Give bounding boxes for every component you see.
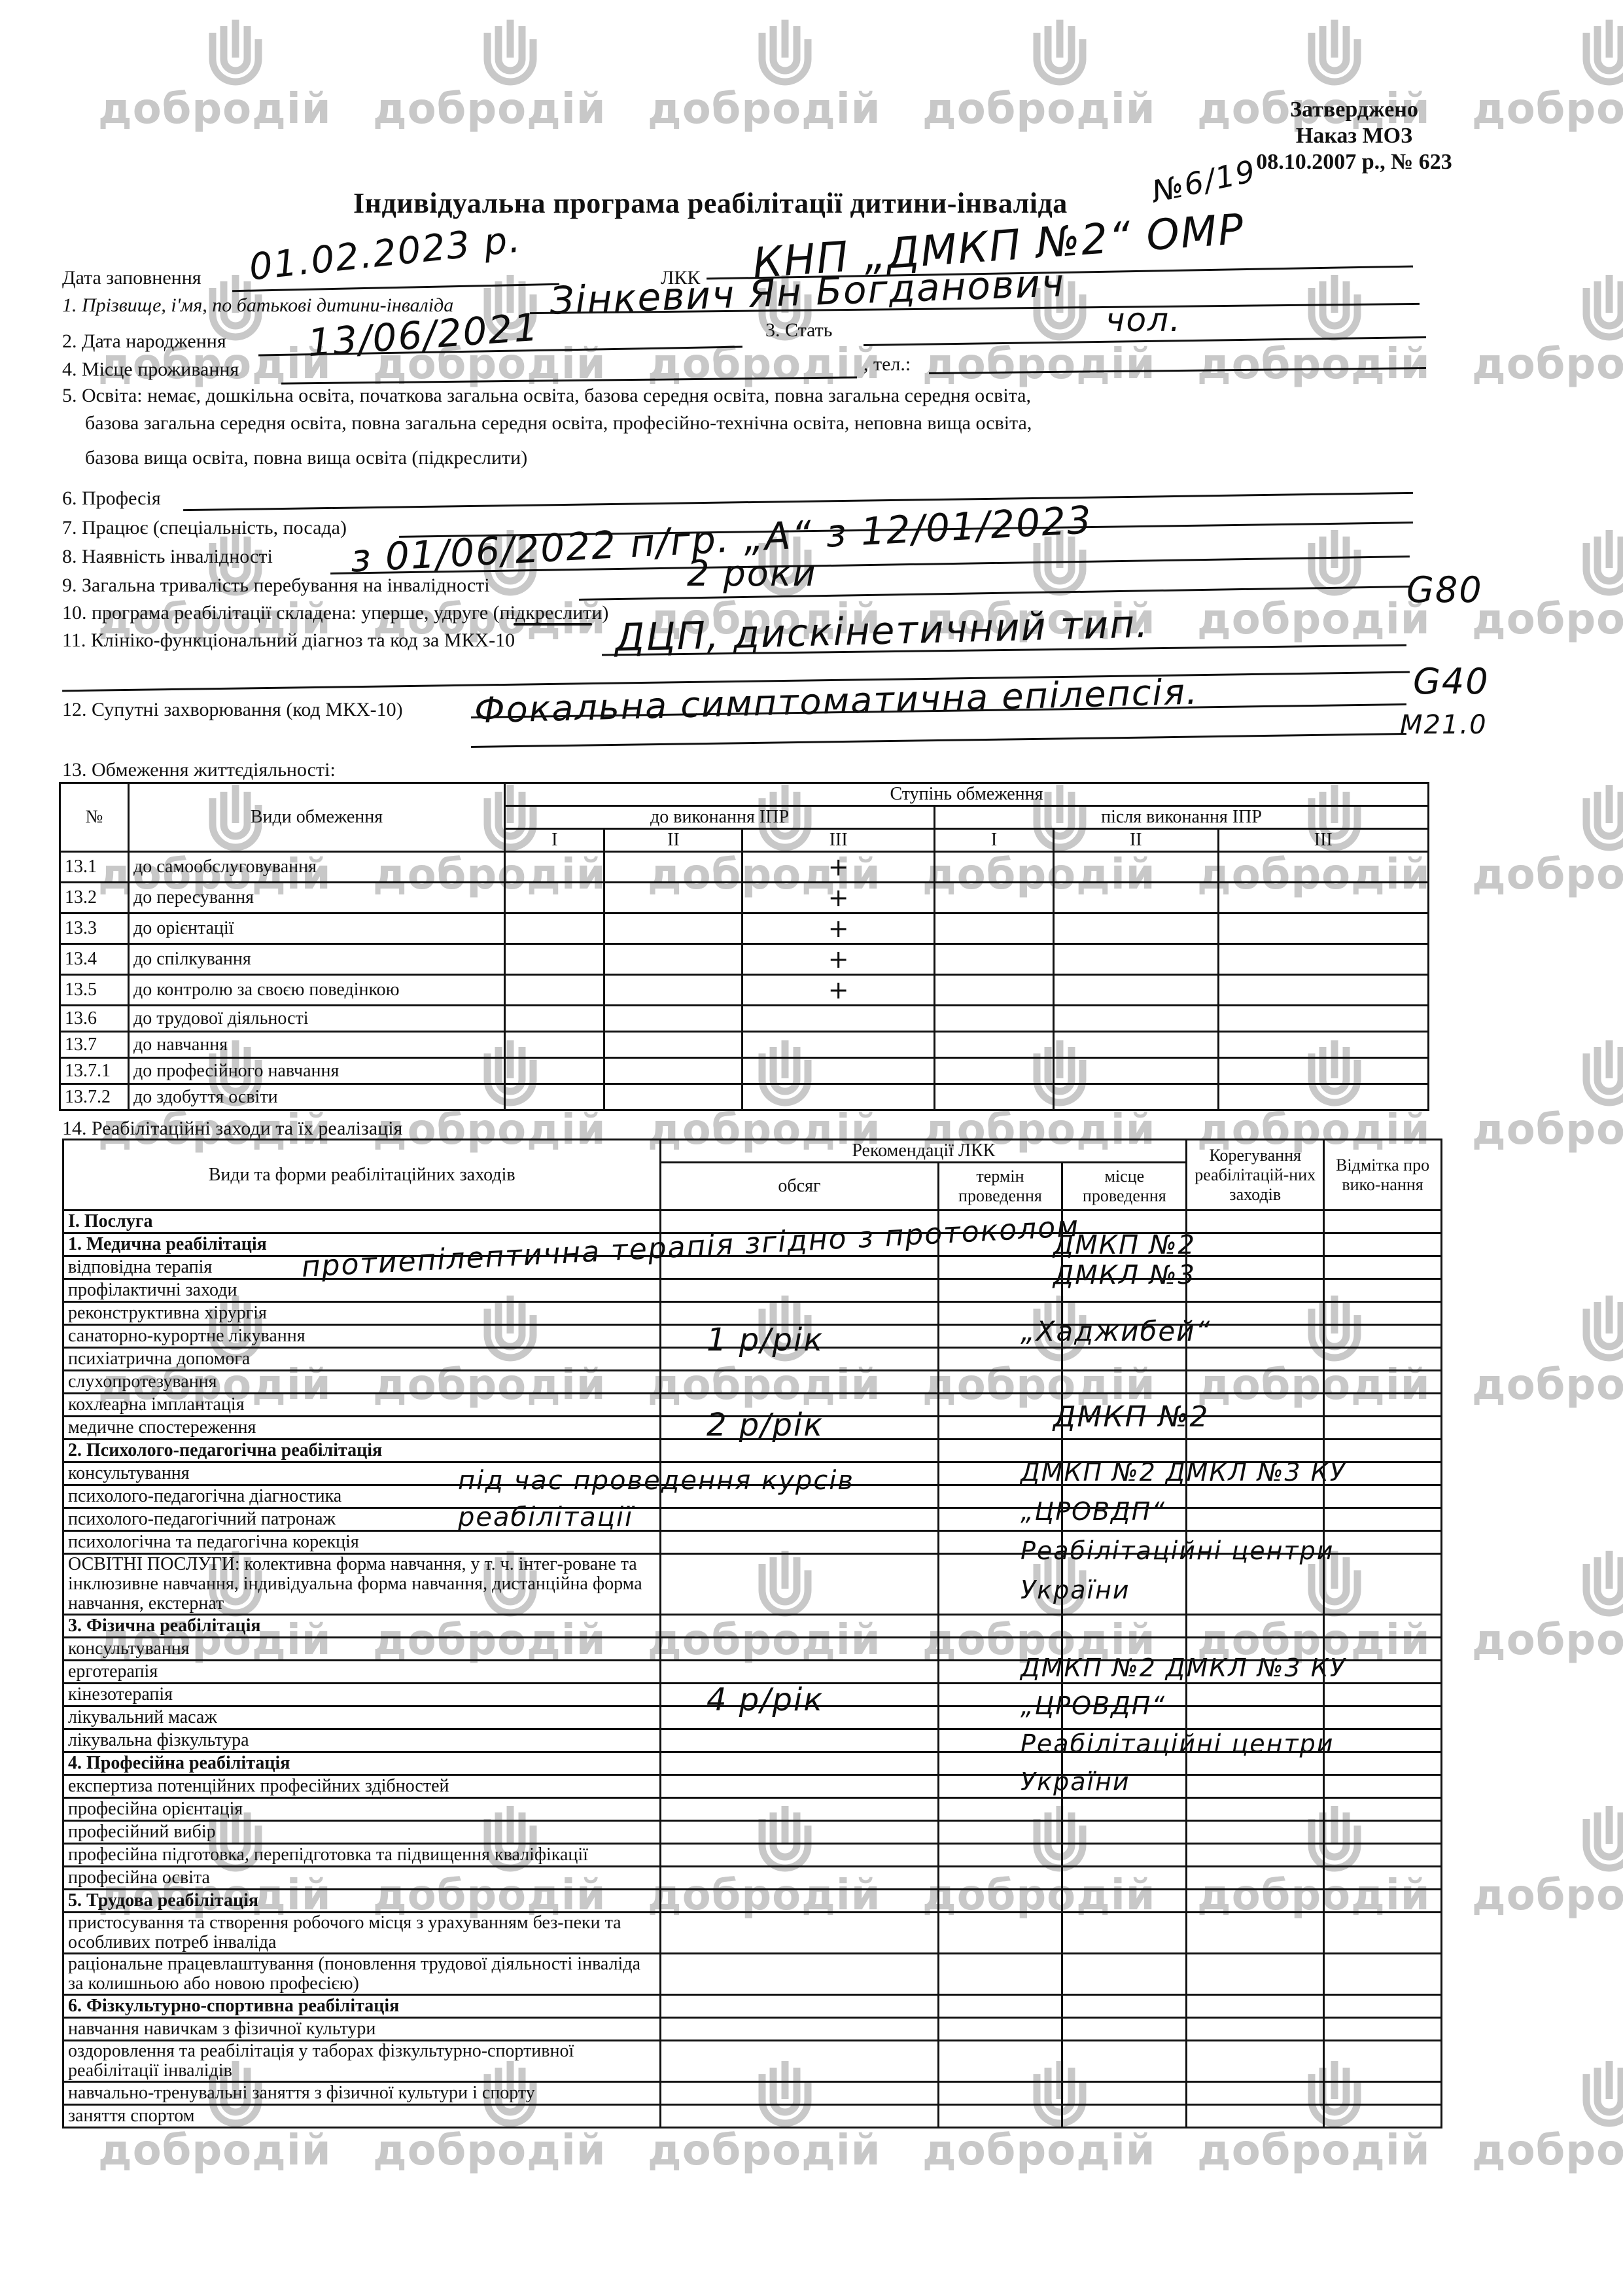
measure-cell[interactable] [1324, 1256, 1442, 1279]
measure-cell[interactable] [661, 1279, 938, 1302]
fill-date-value[interactable]: 01.02.2023 р. [247, 218, 523, 289]
col-correction: Корегування реабілітацій-них заходів [1187, 1140, 1324, 1210]
cell-before-2[interactable] [604, 1084, 742, 1110]
limitation-label: до здобуття освіти [129, 1084, 505, 1110]
measure-cell[interactable] [938, 1348, 1062, 1371]
measure-cell[interactable] [938, 2041, 1062, 2082]
sport-item-row-label: оздоровлення та реабілітація у таборах ф… [63, 2041, 661, 2082]
cell-before-1[interactable] [505, 975, 604, 1006]
measure-cell[interactable] [661, 1729, 938, 1752]
labor-item-row: раціональне працевлаштування (поновлення… [63, 1954, 1442, 1995]
measure-cell[interactable] [1187, 1954, 1324, 1995]
limitation-no: 13.1 [60, 852, 129, 883]
section14-title: 14. Реабілітаційні заходи та їх реалізац… [62, 1118, 402, 1140]
measure-cell[interactable] [661, 1371, 938, 1394]
labor-item-row-label: раціональне працевлаштування (поновлення… [63, 1954, 661, 1995]
service-row-label: I. Послуга [63, 1210, 661, 1233]
approval-line-2: Наказ МОЗ [1230, 123, 1478, 149]
limitation-row: 13.7.2до здобуття освіти [60, 1084, 1429, 1110]
measure-cell[interactable] [1187, 1233, 1324, 1256]
measure-cell[interactable] [1187, 2105, 1324, 2128]
labor-header-row: 5. Трудова реабілітація [63, 1890, 1442, 1913]
sex-label: 3. Стать [765, 319, 832, 342]
measure-cell[interactable] [1062, 1821, 1187, 1844]
cell-before-3[interactable]: + [742, 944, 935, 975]
measure-cell[interactable] [938, 1844, 1062, 1867]
cell-after-3[interactable] [1218, 913, 1428, 944]
cell-before-3[interactable]: + [742, 883, 935, 913]
col-measure-types: Види та форми реабілітаційних заходів [63, 1140, 661, 1210]
disability-label: 8. Наявність інвалідності [62, 546, 273, 568]
measure-cell[interactable] [661, 1890, 938, 1913]
professional-item-row-label: професійний вибір [63, 1821, 661, 1844]
cell-before-1[interactable] [505, 1032, 604, 1058]
cell-after-2[interactable] [1053, 852, 1218, 883]
limitation-label: до самообслуговування [129, 852, 505, 883]
cell-after-1[interactable] [935, 1084, 1054, 1110]
phone-line [929, 367, 1426, 374]
professional-item-row-label: професійна підготовка, перепідготовка та… [63, 1844, 661, 1867]
cell-before-1[interactable] [505, 1006, 604, 1032]
measure-cell[interactable] [1324, 1348, 1442, 1371]
cell-before-3[interactable]: + [742, 852, 935, 883]
document-title: Індивідуальна програма реабілітації дити… [353, 186, 1068, 220]
measure-cell[interactable] [661, 1954, 938, 1995]
cell-before-2[interactable] [604, 944, 742, 975]
measure-cell[interactable] [1324, 1371, 1442, 1394]
measure-cell[interactable] [938, 1371, 1062, 1394]
measure-cell[interactable] [661, 1661, 938, 1684]
measure-cell[interactable] [1062, 1954, 1187, 1995]
program-label: 10. програма реабілітації складена: упер… [62, 602, 608, 624]
sport-item-row-label: навчально-тренувальні заняття з фізичної… [63, 2082, 661, 2105]
measure-cell[interactable] [1187, 2082, 1324, 2105]
physical-item-row-label: ерготерапія [63, 1661, 661, 1684]
medical-item-row-label: медичне спостереження [63, 1417, 661, 1439]
sport-item-row: заняття спортом [63, 2105, 1442, 2128]
col-lkk-recommendations: Рекомендації ЛКК [661, 1140, 1187, 1163]
psych-volume-handwriting: під час проведення курсів реабілітації [458, 1462, 955, 1536]
professional-item-row-label: професійна освіта [63, 1867, 661, 1890]
registration-number: №6/19 [1149, 153, 1259, 209]
cell-before-1[interactable] [505, 1084, 604, 1110]
col-degree: Ступінь обмеження [505, 783, 1429, 806]
residence-line [281, 376, 857, 384]
cell-before-1[interactable] [505, 852, 604, 883]
limitation-no: 13.7.2 [60, 1084, 129, 1110]
limitation-label: до трудової діяльності [129, 1006, 505, 1032]
limitation-no: 13.2 [60, 883, 129, 913]
cell-before-3[interactable] [742, 1006, 935, 1032]
measure-cell[interactable] [661, 2018, 938, 2041]
physical-item-row-label: лікувальна фізкультура [63, 1729, 661, 1752]
cell-after-2[interactable] [1053, 1006, 1218, 1032]
measure-cell[interactable] [661, 1638, 938, 1661]
measure-cell[interactable] [938, 1279, 1062, 1302]
cell-after-1[interactable] [935, 975, 1054, 1006]
limitation-row: 13.1до самообслуговування+ [60, 852, 1429, 883]
degree-after-1: I [935, 829, 1054, 852]
cell-before-3[interactable] [742, 1058, 935, 1084]
medical-item-row-label: психіатрична допомога [63, 1348, 661, 1371]
measure-cell[interactable] [1187, 1371, 1324, 1394]
document-page: Затверджено Наказ МОЗ 08.10.2007 р., № 6… [0, 0, 1623, 2296]
measure-cell[interactable] [938, 1821, 1062, 1844]
measure-cell[interactable] [1187, 1844, 1324, 1867]
measure-cell[interactable] [1062, 1867, 1187, 1890]
cell-after-2[interactable] [1053, 1058, 1218, 1084]
cell-after-2[interactable] [1053, 975, 1218, 1006]
cell-before-2[interactable] [604, 913, 742, 944]
cell-before-2[interactable] [604, 1058, 742, 1084]
limitation-no: 13.7.1 [60, 1058, 129, 1084]
measure-cell[interactable] [1062, 1348, 1187, 1371]
col-after-ipr: після виконання ІПР [935, 806, 1429, 829]
physical-header-row: 3. Фізична реабілітація [63, 1615, 1442, 1638]
cell-after-2[interactable] [1053, 913, 1218, 944]
approval-stamp: Затверджено Наказ МОЗ 08.10.2007 р., № 6… [1230, 97, 1478, 175]
comorbid-label: 12. Супутні захворювання (код МКХ-10) [62, 699, 403, 721]
col-volume: обсяг [661, 1163, 938, 1210]
professional-item-row: професійний вибір [63, 1821, 1442, 1844]
measure-cell[interactable] [1324, 1417, 1442, 1439]
measure-cell[interactable] [1062, 1844, 1187, 1867]
cell-before-3[interactable]: + [742, 913, 935, 944]
cell-after-1[interactable] [935, 883, 1054, 913]
cell-after-1[interactable] [935, 1032, 1054, 1058]
measure-cell[interactable] [1324, 1913, 1442, 1954]
measure-cell[interactable] [1324, 1821, 1442, 1844]
cell-before-3[interactable]: + [742, 975, 935, 1006]
col-before-ipr: до виконання ІПР [505, 806, 935, 829]
cell-after-3[interactable] [1218, 883, 1428, 913]
measure-cell[interactable] [1062, 1995, 1187, 2018]
measure-cell[interactable] [938, 2082, 1062, 2105]
limitation-label: до орієнтації [129, 913, 505, 944]
cell-before-2[interactable] [604, 852, 742, 883]
cell-after-3[interactable] [1218, 1032, 1428, 1058]
measure-cell[interactable] [938, 1913, 1062, 1954]
col-no: № [60, 783, 129, 852]
measure-cell[interactable] [1324, 2018, 1442, 2041]
cell-before-3[interactable] [742, 1032, 935, 1058]
measure-cell[interactable] [1324, 1867, 1442, 1890]
medical-place-1: ДМКП №2 ДМКЛ №3 [1053, 1230, 1204, 1290]
degree-after-2: II [1053, 829, 1218, 852]
professional-item-row: професійна освіта [63, 1867, 1442, 1890]
limitation-label: до навчання [129, 1032, 505, 1058]
duration-value[interactable]: 2 роки [687, 553, 817, 594]
diagnosis-code: G80 [1406, 569, 1483, 610]
medical-item-row: слухопротезування [63, 1371, 1442, 1394]
limitation-row: 13.6до трудової діяльності [60, 1006, 1429, 1032]
physical-place-handwriting: ДМКП №2 ДМКЛ №3 КУ „ЦРОВДП“ Реабілітацій… [1021, 1649, 1374, 1801]
medical-item-row-label: кохлеарна імплантація [63, 1394, 661, 1417]
measure-cell[interactable] [938, 1394, 1062, 1417]
sport-item-row-label: заняття спортом [63, 2105, 661, 2128]
measure-cell[interactable] [661, 2041, 938, 2082]
name-value[interactable]: Зінкевич Ян Богданович [549, 260, 1066, 323]
professional-item-row-label: експертиза потенційних професійних здібн… [63, 1775, 661, 1798]
measure-cell[interactable] [1187, 2041, 1324, 2082]
measure-cell[interactable] [1062, 1913, 1187, 1954]
cell-after-2[interactable] [1053, 944, 1218, 975]
measure-cell[interactable] [661, 2082, 938, 2105]
measure-cell[interactable] [1324, 1615, 1442, 1638]
limitation-row: 13.2до пересування+ [60, 883, 1429, 913]
measure-cell[interactable] [1324, 2041, 1442, 2082]
profession-label: 6. Професія [62, 487, 161, 510]
measure-cell[interactable] [1324, 1798, 1442, 1821]
degree-before-1: I [505, 829, 604, 852]
limitation-no: 13.3 [60, 913, 129, 944]
measure-cell[interactable] [1062, 1615, 1187, 1638]
measure-cell[interactable] [661, 1554, 938, 1615]
professional-item-row: професійна підготовка, перепідготовка та… [63, 1844, 1442, 1867]
duration-label: 9. Загальна тривалість перебування на ін… [62, 574, 490, 597]
measure-cell[interactable] [938, 1954, 1062, 1995]
measure-cell[interactable] [661, 1844, 938, 1867]
cell-after-1[interactable] [935, 944, 1054, 975]
medical-item-row-label: санаторно-курортне лікування [63, 1325, 661, 1348]
cell-before-3[interactable] [742, 1084, 935, 1110]
education-label-1: 5. Освіта: немає, дошкільна освіта, поча… [62, 385, 1031, 407]
medical-place-2: „Хаджибей“ [1021, 1315, 1211, 1347]
name-label: 1. Прізвище, і'мя, по батькові дитини-ін… [62, 294, 453, 317]
limitation-label: до професійного навчання [129, 1058, 505, 1084]
profession-line [183, 492, 1413, 511]
measure-cell[interactable] [1187, 1210, 1324, 1233]
cell-before-2[interactable] [604, 1006, 742, 1032]
physical-item-row-label: кінезотерапія [63, 1684, 661, 1706]
professional-item-row: професійна орієнтація [63, 1798, 1442, 1821]
cell-after-1[interactable] [935, 852, 1054, 883]
medical-item-row-label: реконструктивна хірургія [63, 1302, 661, 1325]
comorbid-code-1: G40 [1413, 661, 1490, 702]
cell-after-1[interactable] [935, 1058, 1054, 1084]
sport-header-row: 6. Фізкультурно-спортивна реабілітація [63, 1995, 1442, 2018]
cell-after-3[interactable] [1218, 975, 1428, 1006]
birth-label: 2. Дата народження [62, 330, 226, 353]
measure-cell[interactable] [661, 1821, 938, 1844]
section13-title: 13. Обмеження життєдіяльності: [62, 759, 336, 781]
measure-cell[interactable] [661, 1798, 938, 1821]
limitation-no: 13.7 [60, 1032, 129, 1058]
limitation-label: до контролю за своєю поведінкою [129, 975, 505, 1006]
measure-cell[interactable] [1324, 2105, 1442, 2128]
measure-cell[interactable] [1062, 2041, 1187, 2082]
sport-header-row-label: 6. Фізкультурно-спортивна реабілітація [63, 1995, 661, 2018]
col-term: термін проведення [938, 1163, 1062, 1210]
physical-term: 4 р/рік [707, 1682, 824, 1718]
physical-item-row-label: консультування [63, 1638, 661, 1661]
diagnosis-label: 11. Клініко-функціональний діагноз та ко… [62, 629, 515, 652]
measure-cell[interactable] [1062, 2082, 1187, 2105]
measure-cell[interactable] [1187, 1615, 1324, 1638]
measure-cell[interactable] [938, 2105, 1062, 2128]
col-completion-mark: Відмітка про вико-нання [1324, 1140, 1442, 1210]
medical-term-2: 2 р/рік [707, 1407, 824, 1443]
limitation-label: до пересування [129, 883, 505, 913]
education-services-row-label: ОСВІТНІ ПОСЛУГИ: колективна форма навчан… [63, 1554, 661, 1615]
measure-cell[interactable] [938, 1417, 1062, 1439]
measure-cell[interactable] [1324, 1890, 1442, 1913]
measure-cell[interactable] [1187, 1256, 1324, 1279]
approval-line-1: Затверджено [1230, 97, 1478, 123]
residence-label: 4. Місце проживання [62, 359, 239, 381]
limitation-no: 13.5 [60, 975, 129, 1006]
measure-cell[interactable] [1187, 1890, 1324, 1913]
cell-after-3[interactable] [1218, 1058, 1428, 1084]
cell-after-2[interactable] [1053, 1084, 1218, 1110]
measure-cell[interactable] [661, 1913, 938, 1954]
measure-cell[interactable] [938, 1867, 1062, 1890]
cell-before-1[interactable] [505, 913, 604, 944]
measure-cell[interactable] [1324, 1302, 1442, 1325]
measure-cell[interactable] [1324, 1995, 1442, 2018]
measure-cell[interactable] [1062, 1798, 1187, 1821]
measure-cell[interactable] [1324, 1394, 1442, 1417]
cell-after-2[interactable] [1053, 1032, 1218, 1058]
education-label-2: базова загальна середня освіта, повна за… [85, 412, 1032, 434]
measure-cell[interactable] [661, 2105, 938, 2128]
measure-cell[interactable] [661, 1752, 938, 1775]
measure-cell[interactable] [938, 1995, 1062, 2018]
cell-after-1[interactable] [935, 913, 1054, 944]
measure-cell[interactable] [1324, 1279, 1442, 1302]
measure-cell[interactable] [1187, 1913, 1324, 1954]
medical-term-1: 1 р/рік [707, 1322, 824, 1358]
medical-item-row-label: профілактичні заходи [63, 1279, 661, 1302]
cell-after-3[interactable] [1218, 852, 1428, 883]
measure-cell[interactable] [1062, 2018, 1187, 2041]
cell-before-1[interactable] [505, 944, 604, 975]
labor-header-row-label: 5. Трудова реабілітація [63, 1890, 661, 1913]
measure-cell[interactable] [1187, 1867, 1324, 1890]
limitation-row: 13.7до навчання [60, 1032, 1429, 1058]
cell-after-3[interactable] [1218, 1084, 1428, 1110]
measure-cell[interactable] [1187, 1279, 1324, 1302]
cell-after-2[interactable] [1053, 883, 1218, 913]
phone-label: , тел.: [864, 353, 911, 376]
psych-header-row-label: 2. Психолого-педагогічна реабілітація [63, 1439, 661, 1462]
col-place: місце проведення [1062, 1163, 1187, 1210]
degree-before-3: III [742, 829, 935, 852]
cell-before-2[interactable] [604, 1032, 742, 1058]
measure-cell[interactable] [938, 1798, 1062, 1821]
measure-cell[interactable] [1062, 1890, 1187, 1913]
measure-cell[interactable] [1062, 1371, 1187, 1394]
limitation-row: 13.3до орієнтації+ [60, 913, 1429, 944]
medical-item-row-label: слухопротезування [63, 1371, 661, 1394]
physical-item-row-label: лікувальний масаж [63, 1706, 661, 1729]
cell-after-1[interactable] [935, 1006, 1054, 1032]
degree-before-2: II [604, 829, 742, 852]
measure-cell[interactable] [1187, 1821, 1324, 1844]
limitation-label: до спілкування [129, 944, 505, 975]
limitation-row: 13.4до спілкування+ [60, 944, 1429, 975]
limitation-row: 13.7.1до професійного навчання [60, 1058, 1429, 1084]
labor-item-row-label: пристосування та створення робочого місц… [63, 1913, 661, 1954]
col-limitation-types: Види обмеження [129, 783, 505, 852]
cell-before-1[interactable] [505, 1058, 604, 1084]
professional-item-row-label: професійна орієнтація [63, 1798, 661, 1821]
cell-before-2[interactable] [604, 883, 742, 913]
measure-cell[interactable] [1324, 1325, 1442, 1348]
measure-cell[interactable] [661, 1615, 938, 1638]
works-label: 7. Працює (спеціальність, посада) [62, 517, 347, 539]
measure-cell[interactable] [1324, 1954, 1442, 1995]
measure-cell[interactable] [938, 2018, 1062, 2041]
psych-place-handwriting: ДМКП №2 ДМКЛ №3 КУ „ЦРОВДП“ Реабілітацій… [1021, 1453, 1374, 1610]
approval-line-3: 08.10.2007 р., № 623 [1230, 149, 1478, 175]
limitation-no: 13.6 [60, 1006, 129, 1032]
limitations-table: № Види обмеження Ступінь обмеження до ви… [59, 782, 1429, 1111]
sport-item-row: оздоровлення та реабілітація у таборах ф… [63, 2041, 1442, 2082]
measure-cell[interactable] [938, 1615, 1062, 1638]
measure-cell[interactable] [1187, 2018, 1324, 2041]
measure-cell[interactable] [1324, 2082, 1442, 2105]
education-label-3: базова вища освіта, повна вища освіта (п… [85, 447, 527, 469]
limitation-no: 13.4 [60, 944, 129, 975]
comorbid-code-2: M21.0 [1400, 710, 1488, 740]
measure-cell[interactable] [1324, 1233, 1442, 1256]
measure-cell[interactable] [1324, 1210, 1442, 1233]
measure-cell[interactable] [661, 1995, 938, 2018]
comorbid-line-2 [471, 733, 1406, 748]
cell-after-3[interactable] [1218, 944, 1428, 975]
measure-cell[interactable] [661, 1775, 938, 1798]
rehabilitation-measures-table: Види та форми реабілітаційних заходів Ре… [62, 1139, 1442, 2128]
measure-cell[interactable] [938, 1256, 1062, 1279]
sport-item-row-label: навчання навичкам з фізичної культури [63, 2018, 661, 2041]
measure-cell[interactable] [1324, 1844, 1442, 1867]
measure-cell[interactable] [1187, 1348, 1324, 1371]
physical-header-row-label: 3. Фізична реабілітація [63, 1615, 661, 1638]
medical-item-row: профілактичні заходи [63, 1279, 1442, 1302]
measure-cell[interactable] [661, 1867, 938, 1890]
degree-after-3: III [1218, 829, 1428, 852]
cell-after-3[interactable] [1218, 1006, 1428, 1032]
limitation-row: 13.5до контролю за своєю поведінкою+ [60, 975, 1429, 1006]
professional-header-row-label: 4. Професійна реабілітація [63, 1752, 661, 1775]
medical-place-3: ДМКП №2 [1053, 1400, 1209, 1434]
fill-date-label: Дата заповнення [62, 267, 201, 289]
measure-cell[interactable] [938, 1890, 1062, 1913]
sex-value[interactable]: чол. [1106, 301, 1181, 339]
cell-before-2[interactable] [604, 975, 742, 1006]
cell-before-1[interactable] [505, 883, 604, 913]
labor-item-row: пристосування та створення робочого місц… [63, 1913, 1442, 1954]
comorbid-value[interactable]: Фокальна симптоматична епілепсія. [474, 671, 1198, 732]
sport-item-row: навчання навичкам з фізичної культури [63, 2018, 1442, 2041]
sport-item-row: навчально-тренувальні заняття з фізичної… [63, 2082, 1442, 2105]
program-underline-mark [514, 623, 592, 626]
measure-cell[interactable] [1187, 1995, 1324, 2018]
fill-date-field: Дата заповнення [62, 267, 201, 289]
measure-cell[interactable] [1187, 1798, 1324, 1821]
measure-cell[interactable] [1062, 2105, 1187, 2128]
